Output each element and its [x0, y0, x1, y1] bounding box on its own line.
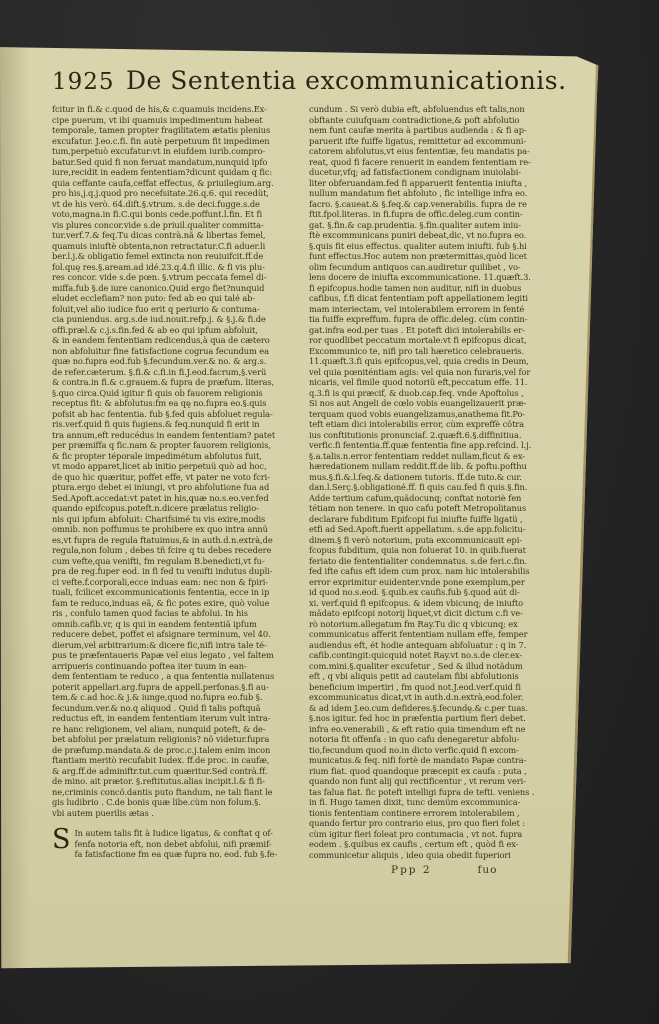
gathering-signature: Ppp 2 [391, 864, 432, 876]
running-header: 1925 De Sententia excommunicationis. 192… [52, 66, 562, 95]
left-column-paragraph-2-lines: In autem talis fit à Iudice ligatus, & c… [52, 828, 305, 860]
page-title: De Sententia excommunicationis. [126, 66, 567, 95]
page-right-edge [568, 62, 599, 967]
left-column-paragraph: fcitur in fi.& c.quod de his,& c.quamuis… [52, 104, 305, 818]
drop-cap-initial: S [52, 828, 75, 851]
catchword: fuo [478, 864, 498, 876]
right-column-paragraph: cundum . Si verò dubia eft, abfoluendus … [309, 104, 562, 860]
text-columns: fcitur in fi.& c.quod de his,& c.quamuis… [52, 104, 562, 876]
left-column-paragraph-2: S In autem talis fit à Iudice ligatus, &… [52, 828, 305, 860]
text-column-left: fcitur in fi.& c.quod de his,& c.quamuis… [52, 104, 305, 876]
folio-number-right: 1926 [597, 69, 659, 95]
signature-row: Ppp 2 fuo [309, 864, 562, 876]
text-column-right: cundum . Si verò dubia eft, abfoluendus … [309, 104, 562, 876]
folio-number-left: 1925 [52, 69, 114, 95]
page-content: 1925 De Sententia excommunicationis. 192… [52, 66, 562, 876]
book-page: 1925 De Sententia excommunicationis. 192… [0, 0, 659, 1024]
